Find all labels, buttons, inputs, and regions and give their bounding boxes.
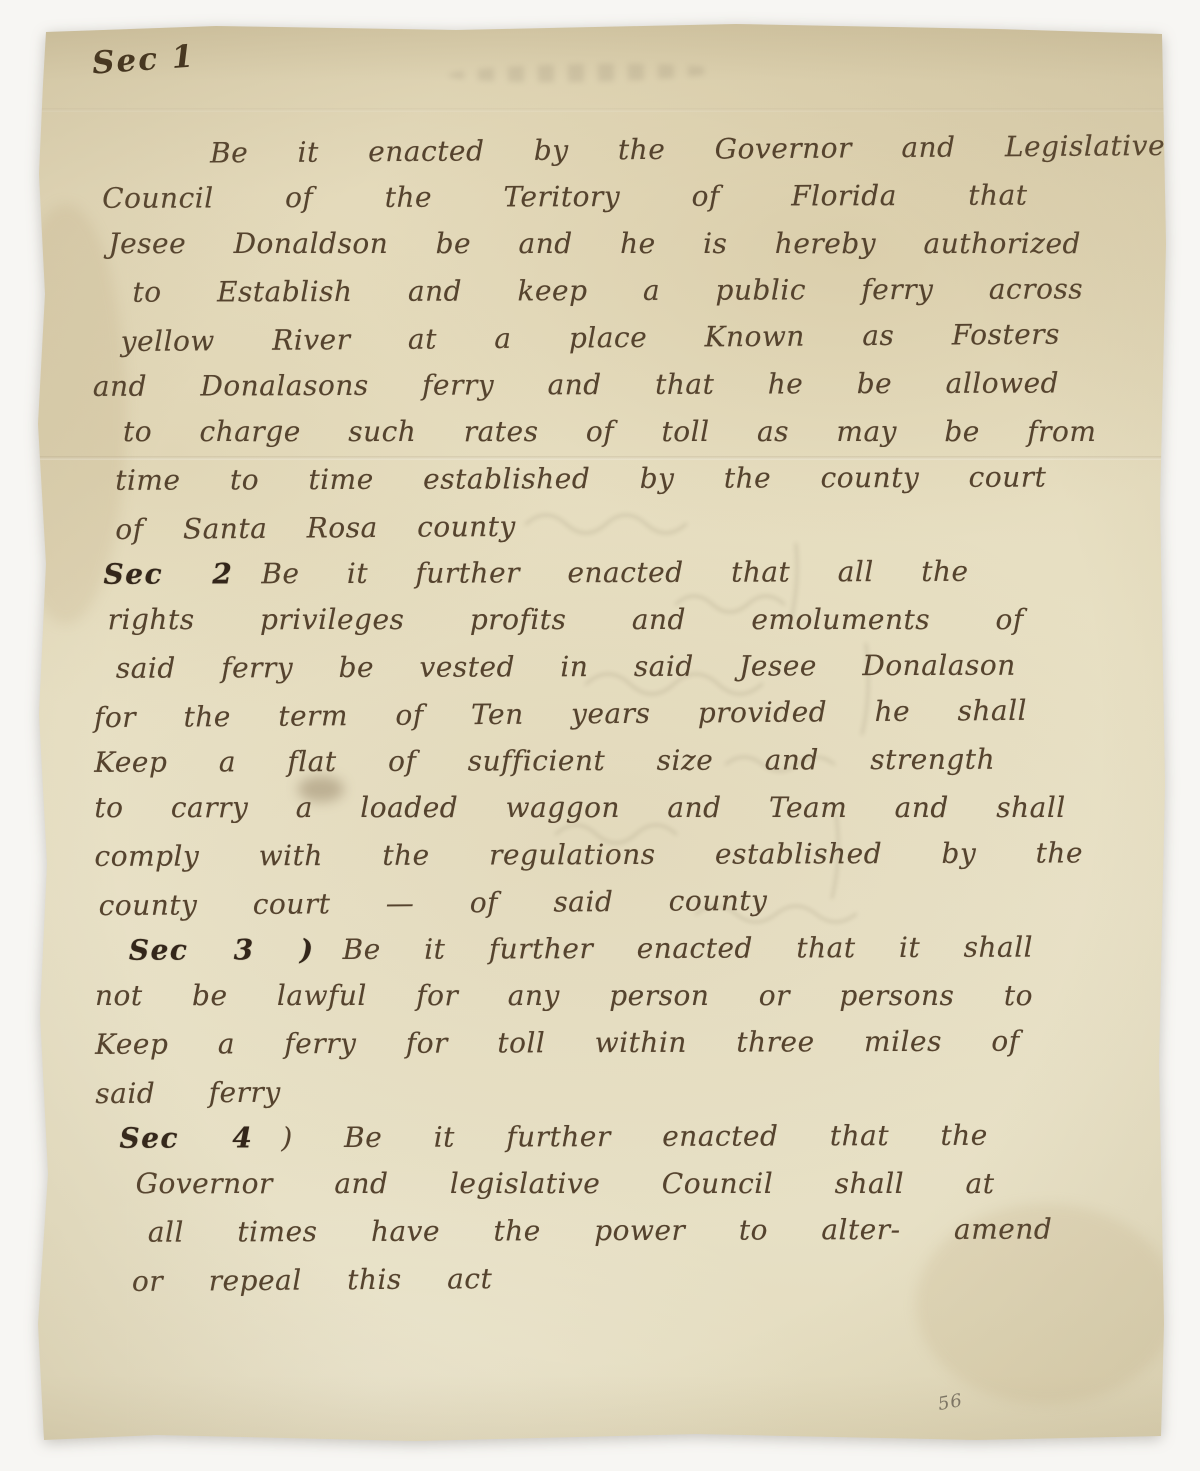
line-text: to carry a loaded waggon and Team and sh… [94,791,1065,824]
line-text: yellow River at a place Known as Fosters [121,318,1061,358]
manuscript-line: said ferry [95,1062,1150,1117]
line-text: or repeal this act [132,1262,493,1298]
line-text: rights privileges profits and emoluments… [108,603,1024,636]
manuscript-line: or repeal this act [132,1250,1151,1305]
section-label: Sec 2 [103,550,233,597]
manuscript-line: not be lawful for any person or persons … [95,972,1150,1019]
line-text: Council of the Teritory of Florida that [102,179,1027,215]
page-number-pencil: 56 [936,1390,964,1415]
line-text: Be it further enacted that all the [261,555,968,590]
manuscript-line: to charge such rates of toll as may be f… [123,408,1148,455]
manuscript-line: Keep a ferry for toll within three miles… [95,1017,1150,1068]
paper-shadow: Sec 1 Be it enacted by the Governor and … [36,24,1168,1446]
manuscript-line: said ferry be vested in said Jesee Donal… [116,641,1149,692]
manuscript-line: Keep a flat of sufficient size and stren… [94,735,1149,786]
manuscript-line: rights privileges profits and emoluments… [108,596,1149,643]
manuscript-line: of Santa Rosa county [115,498,1148,553]
manuscript-line: to Establish and keep a public ferry acr… [132,265,1147,316]
manuscript-line: for the term of Ten years provided he sh… [94,686,1149,741]
section-heading: Sec 1 [91,38,197,81]
line-text: time to time established by the county c… [115,461,1046,497]
line-text: Be it enacted by the Governor and Legisl… [210,129,1165,169]
manuscript-line: Sec 3 )Be it further enacted that it sha… [129,923,1150,974]
manuscript-line: all times have the power to alter- amend [148,1205,1151,1256]
section-label: Sec 4 [119,1114,253,1161]
manuscript-page: Sec 1 Be it enacted by the Governor and … [36,24,1168,1446]
line-text: county court — of said county [99,884,768,922]
manuscript-line: county court — of said county [98,874,1149,929]
manuscript-line: and Donalasons ferry and that he be allo… [93,359,1148,410]
fold-crease [36,108,1168,112]
line-text: Jesee Donaldson be and he is hereby auth… [108,227,1081,260]
line-text: Keep a ferry for toll within three miles… [95,1025,1020,1061]
line-text: all times have the power to alter- amend [148,1212,1053,1248]
manuscript-line: comply with the regulations established … [94,829,1149,880]
line-text: Be it further enacted that it shall [343,931,1034,966]
manuscript-line: Sec 4) Be it further enacted that the [119,1111,1150,1162]
manuscript-line: time to time established by the county c… [115,453,1148,504]
line-text: for the term of Ten years provided he sh… [94,694,1027,734]
faint-pencil-note [448,62,718,85]
line-text: of Santa Rosa county [115,510,516,546]
line-text: to charge such rates of toll as may be f… [123,415,1096,448]
line-text: comply with the regulations established … [94,836,1083,872]
manuscript-line: Be it enacted by the Governor and Legisl… [210,122,1147,176]
line-text: to Establish and keep a public ferry acr… [132,272,1083,308]
line-text: Keep a flat of sufficient size and stren… [94,743,995,779]
line-text: Governor and legislative Council shall a… [136,1167,995,1200]
manuscript-line: Governor and legislative Council shall a… [136,1160,1151,1207]
manuscript-line: to carry a loaded waggon and Team and sh… [94,784,1149,831]
manuscript-line: Jesee Donaldson be and he is hereby auth… [108,220,1147,267]
manuscript-line: Sec 2Be it further enacted that all the [103,547,1148,598]
section-label: Sec 3 ) [129,926,315,974]
manuscript-line: yellow River at a place Known as Fosters [121,310,1148,365]
line-text: ) Be it further enacted that the [281,1119,988,1154]
manuscript-line: Council of the Teritory of Florida that [102,171,1147,222]
line-text: and Donalasons ferry and that he be allo… [93,366,1059,402]
line-text: not be lawful for any person or persons … [95,979,1033,1012]
line-text: said ferry [95,1076,281,1110]
document-lines: Be it enacted by the Governor and Legisl… [92,124,1151,1303]
line-text: said ferry be vested in said Jesee Donal… [116,649,1016,685]
